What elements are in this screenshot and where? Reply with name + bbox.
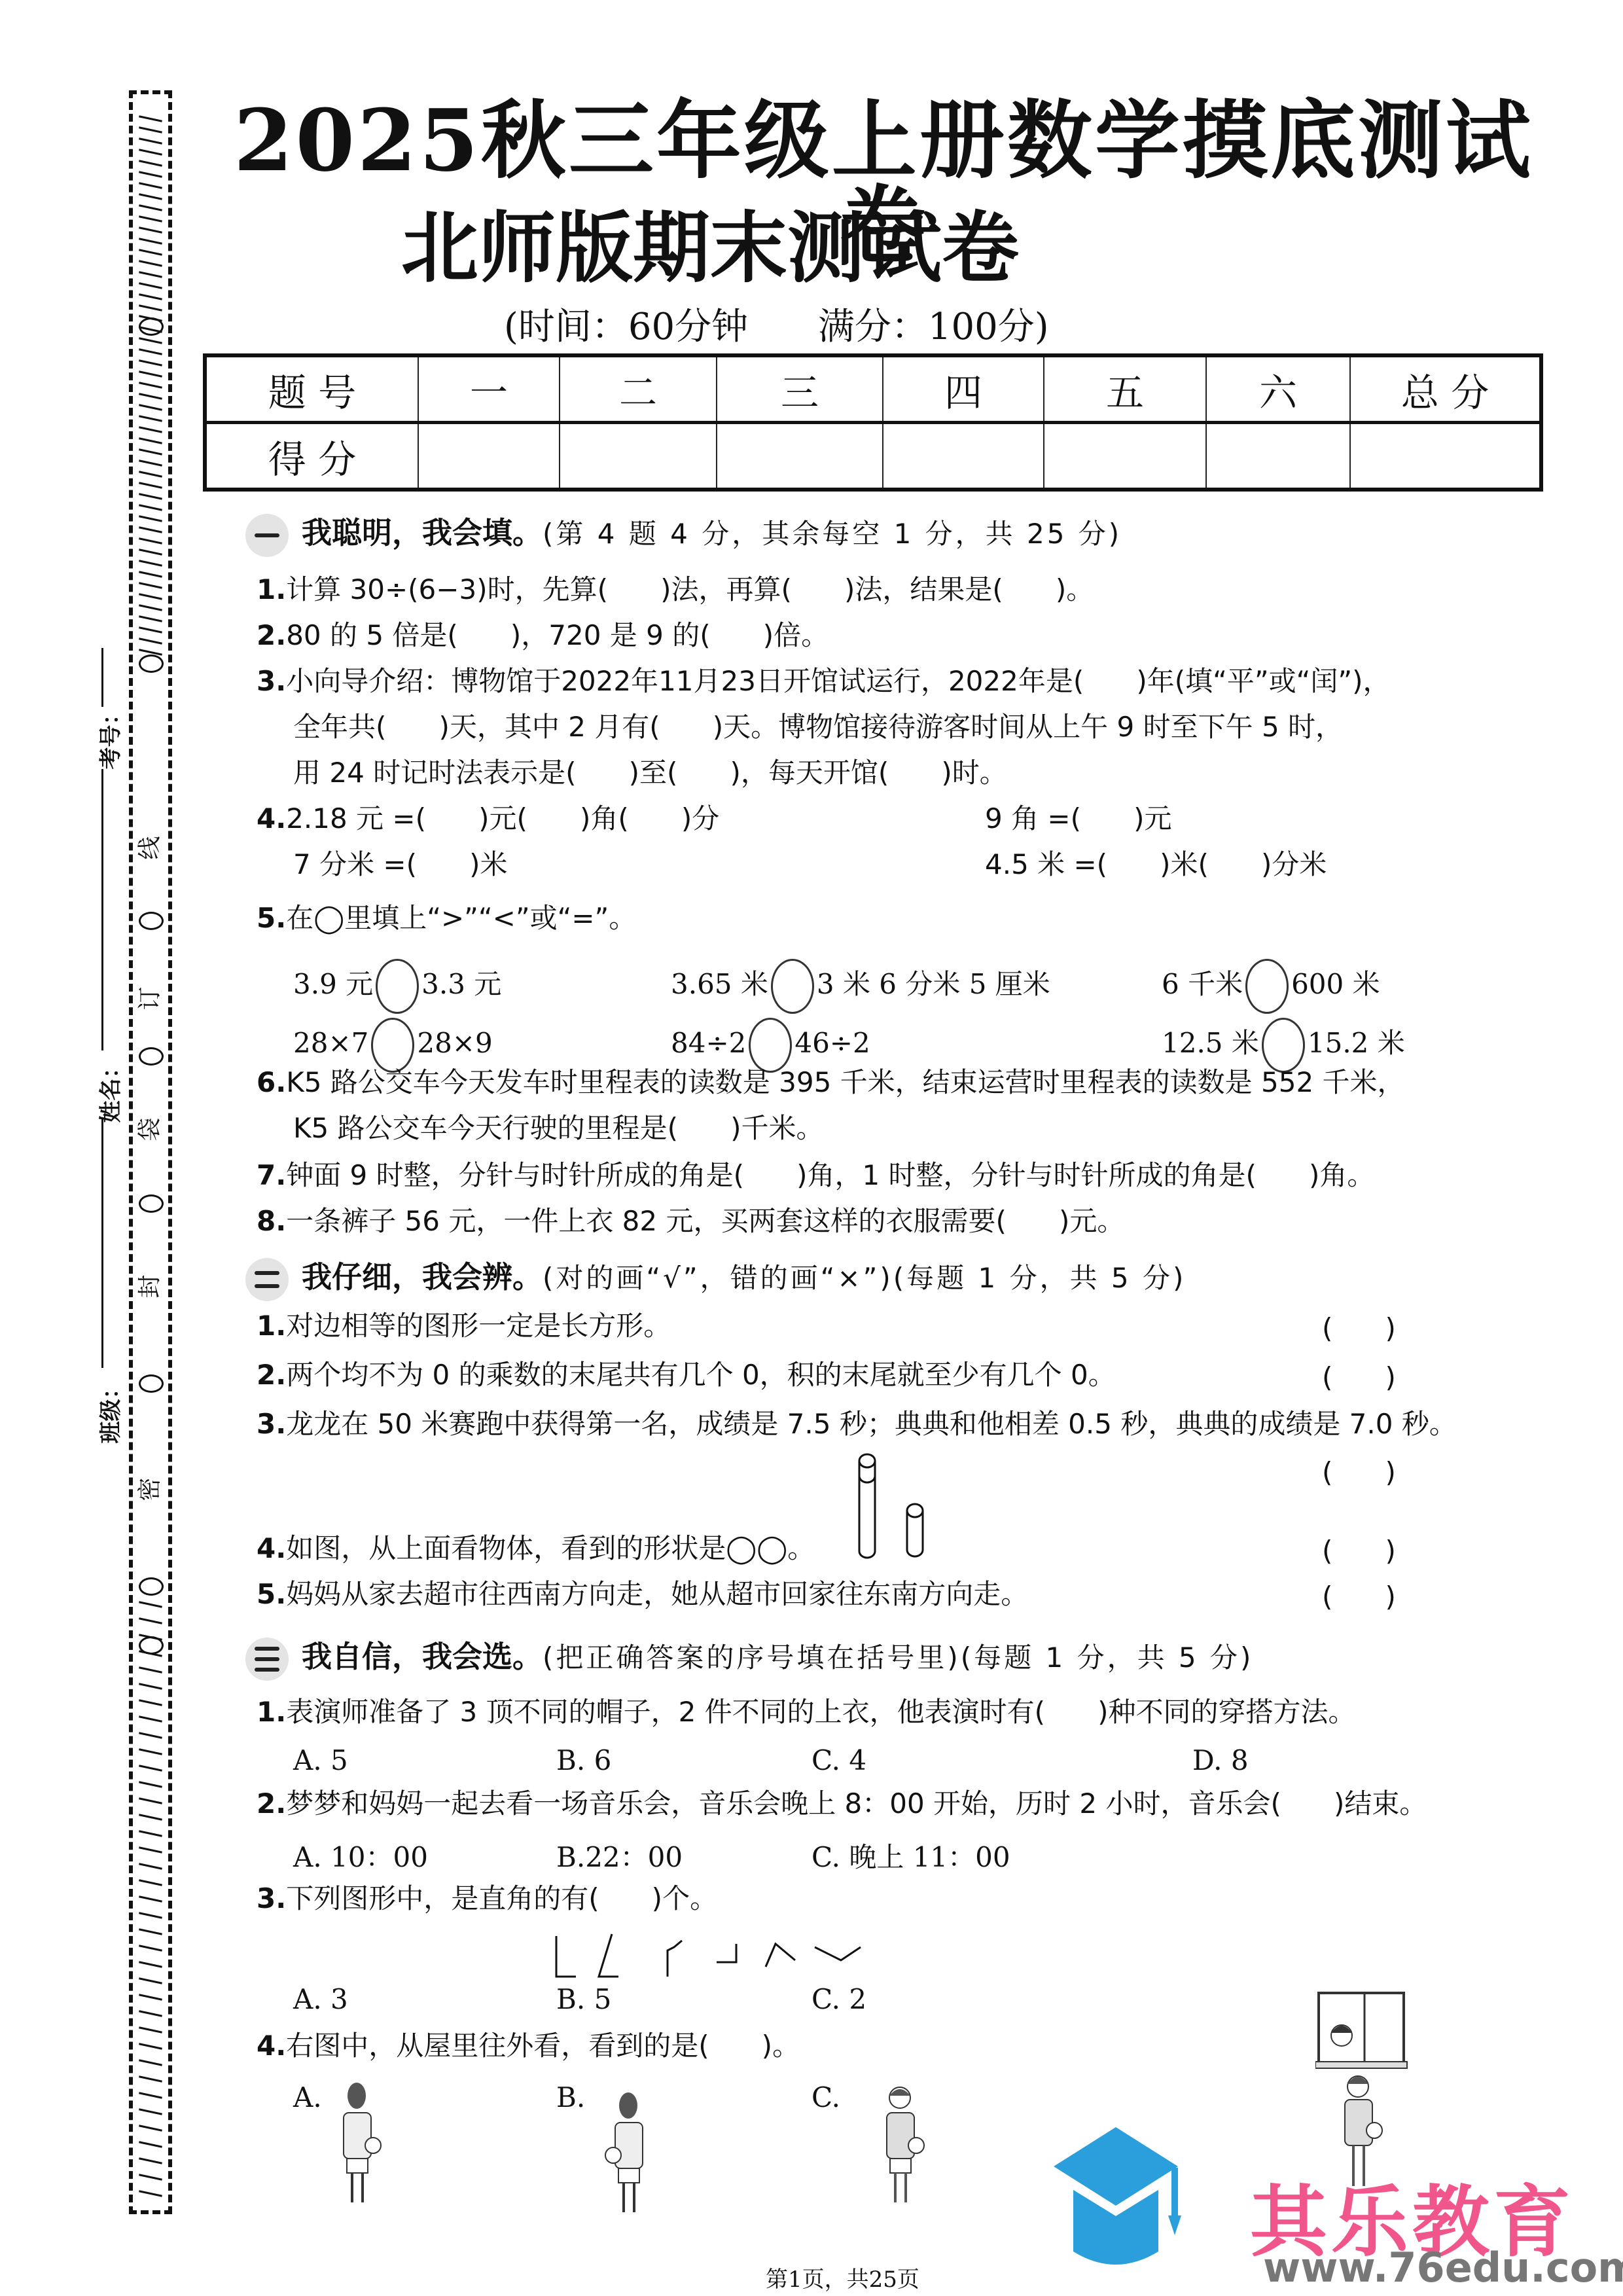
section-number-badge-icon — [245, 1638, 289, 1681]
header-cell: 总 分 — [1350, 355, 1541, 423]
section-2-header: 我仔细，我会辨。(对的画“√”，错的画“×”)(每题 1 分，共 5 分) — [245, 1253, 1186, 1301]
option-d[interactable]: D. 8 — [1192, 1744, 1249, 1776]
seal-char-dai: 袋 — [132, 1117, 165, 1141]
seal-char-ding: 订 — [132, 986, 165, 1010]
answer-paren[interactable]: ( ) — [1322, 1535, 1396, 1567]
score-cell[interactable] — [1044, 423, 1206, 490]
class-field[interactable] — [101, 1119, 103, 1368]
s1-question-8: 8.一条裤子 56 元，一件上衣 82 元，买两套这样的衣服需要( )元。 — [257, 1208, 1124, 1235]
class-label: 班级： — [93, 1377, 125, 1444]
score-cell[interactable] — [717, 423, 883, 490]
option-b[interactable]: B. 6 — [556, 1744, 611, 1776]
compare-item: 84÷246÷2 — [671, 1018, 870, 1073]
s2-question-1: 1.对边相等的图形一定是长方形。 — [257, 1312, 671, 1340]
exam-subtitle: 北师版期末测试卷 — [196, 209, 1224, 287]
answer-paren[interactable]: ( ) — [1322, 1581, 1396, 1613]
section-note: (第 4 题 4 分，其余每空 1 分，共 25 分) — [543, 518, 1122, 550]
s1-question-4: 4.2.18 元 =( )元( )角( )分 — [257, 805, 719, 833]
compare-circle-input[interactable] — [1262, 1018, 1305, 1073]
answer-paren[interactable]: ( ) — [1322, 1456, 1396, 1488]
binding-strip — [129, 90, 172, 2214]
angle-figures-icon — [308, 1931, 1158, 1983]
score-row-label: 得 分 — [205, 423, 418, 490]
header-cell: 题 号 — [205, 355, 418, 423]
s3-question-1: 1.表演师准备了 3 顶不同的帽子，2 件不同的上衣，他表演时有( )种不同的穿… — [257, 1698, 1356, 1726]
answer-paren[interactable]: ( ) — [1322, 1361, 1396, 1393]
option-c[interactable]: C. 4 — [811, 1744, 866, 1776]
seal-char-feng: 封 — [132, 1274, 165, 1298]
header-cell: 六 — [1206, 355, 1350, 423]
seal-oval — [139, 1374, 164, 1393]
s1-question-3-line2: 全年共( )天，其中 2 月有( )天。博物馆接待游客时间从上午 9 时至下午 … — [293, 713, 1343, 741]
option-a[interactable]: A. — [293, 2081, 322, 2113]
exam-number-field[interactable] — [101, 648, 103, 707]
s3-question-4: 4.右图中，从屋里往外看，看到的是( )。 — [257, 2032, 800, 2060]
compare-item: 6 千米600 米 — [1162, 959, 1380, 1014]
graduation-cap-logo-icon — [1047, 2121, 1217, 2271]
score-cell[interactable] — [883, 423, 1044, 490]
compare-circle-input[interactable] — [371, 1018, 414, 1073]
option-c[interactable]: C. 晚上 11：00 — [811, 1836, 1010, 1875]
compare-item: 3.9 元3.3 元 — [293, 959, 501, 1014]
s3-question-2: 2.梦梦和妈妈一起去看一场音乐会，音乐会晚上 8：00 开始，历时 2 小时，音… — [257, 1790, 1427, 1818]
seal-char-mi: 密 — [132, 1477, 165, 1501]
compare-circle-input[interactable] — [749, 1018, 792, 1073]
section-1-header: 我聪明，我会填。(第 4 题 4 分，其余每空 1 分，共 25 分) — [245, 509, 1122, 557]
s1-question-1: 1.计算 30÷(6−3)时，先算( )法，再算( )法，结果是( )。 — [257, 576, 1094, 603]
score-table: 题 号 一 二 三 四 五 六 总 分 得 分 — [203, 353, 1543, 492]
child-front-view-c-icon — [870, 2081, 936, 2212]
score-cell[interactable] — [560, 423, 717, 490]
section-title: 我仔细，我会辨。 — [302, 1259, 543, 1295]
option-b[interactable]: B.22：00 — [556, 1836, 683, 1875]
header-cell: 五 — [1044, 355, 1206, 423]
header-cell: 四 — [883, 355, 1044, 423]
option-a[interactable]: A. 5 — [293, 1744, 348, 1776]
section-note: (对的画“√”，错的画“×”)(每题 1 分，共 5 分) — [543, 1262, 1186, 1294]
score-cell[interactable] — [1206, 423, 1350, 490]
option-c[interactable]: C. 2 — [811, 1983, 866, 2015]
exam-number-label: 考号： — [93, 703, 125, 770]
option-a[interactable]: A. 3 — [293, 1983, 348, 2015]
compare-item: 12.5 米15.2 米 — [1162, 1018, 1405, 1073]
s1-question-3: 3.小向导介绍：博物馆于2022年11月23日开馆试运行，2022年是( )年(… — [257, 668, 1391, 695]
watermark-url: www.76edu.com — [1263, 2244, 1623, 2291]
option-b[interactable]: B. 5 — [556, 1983, 611, 2015]
seal-oval — [139, 317, 164, 336]
score-cell[interactable] — [418, 423, 560, 490]
s1-question-6-line2: K5 路公交车今天行驶的里程是( )千米。 — [293, 1115, 824, 1142]
compare-item: 3.65 米3 米 6 分米 5 厘米 — [671, 959, 1050, 1014]
section-note: (把正确答案的序号填在括号里)(每题 1 分，共 5 分) — [543, 1641, 1253, 1674]
option-a[interactable]: A. 10：00 — [293, 1836, 428, 1875]
page-number: 第1页，共25页 — [766, 2261, 919, 2293]
seal-char-xian: 线 — [132, 836, 165, 859]
seal-oval — [139, 1636, 164, 1655]
s2-question-4: 4.如图，从上面看物体，看到的形状是◯◯。 — [257, 1535, 815, 1562]
s2-question-3: 3.龙龙在 50 米赛跑中获得第一名，成绩是 7.5 秒；典典和他相差 0.5 … — [257, 1410, 1457, 1438]
header-cell: 二 — [560, 355, 717, 423]
cylinders-figure-icon — [851, 1453, 942, 1564]
s1-question-6: 6.K5 路公交车今天发车时里程表的读数是 395 千米，结束运营时里程表的读数… — [257, 1069, 1405, 1096]
score-cell[interactable] — [1350, 423, 1541, 490]
s1-question-7: 7.钟面 9 时整，分针与时针所成的角是( )角，1 时整，分针与时针所成的角是… — [257, 1162, 1374, 1189]
s1-question-5: 5.在◯里填上“>”“<”或“=”。 — [257, 905, 636, 932]
compare-item: 28×728×9 — [293, 1018, 493, 1073]
score-table-score-row: 得 分 — [205, 423, 1541, 490]
s1-question-4-line2: 7 分米 =( )米 — [293, 851, 508, 878]
seal-oval — [139, 1577, 164, 1596]
header-cell: 三 — [717, 355, 883, 423]
s2-question-5: 5.妈妈从家去超市往西南方向走，她从超市回家往东南方向走。 — [257, 1581, 1028, 1608]
seal-oval — [139, 912, 164, 930]
option-b[interactable]: B. — [556, 2081, 585, 2113]
option-c[interactable]: C. — [811, 2081, 840, 2113]
s1-question-2: 2.80 的 5 倍是( )，720 是 9 的( )倍。 — [257, 622, 829, 649]
compare-circle-input[interactable] — [771, 959, 814, 1014]
score-table-header-row: 题 号 一 二 三 四 五 六 总 分 — [205, 355, 1541, 423]
student-name-field[interactable] — [101, 769, 103, 1050]
section-3-header: 我自信，我会选。(把正确答案的序号填在括号里)(每题 1 分，共 5 分) — [245, 1633, 1253, 1681]
compare-circle-input[interactable] — [376, 959, 419, 1014]
s1-question-4-right2: 4.5 米 =( )米( )分米 — [985, 851, 1327, 878]
section-title: 我聪明，我会填。 — [302, 515, 543, 550]
s1-question-3-line3: 用 24 时记时法表示是( )至( )，每天开馆( )时。 — [293, 759, 1007, 787]
seal-oval — [139, 1194, 164, 1213]
s1-question-4-right1: 9 角 =( )元 — [985, 805, 1172, 833]
s2-question-2: 2.两个均不为 0 的乘数的末尾共有几个 0，积的末尾就至少有几个 0。 — [257, 1361, 1116, 1389]
exam-meta: (时间：60分钟 满分：100分) — [504, 298, 1049, 350]
seal-oval — [139, 1047, 164, 1066]
compare-circle-input[interactable] — [1245, 959, 1289, 1014]
child-back-view-b-icon — [599, 2091, 664, 2222]
section-title: 我自信，我会选。 — [302, 1639, 543, 1674]
header-cell: 一 — [418, 355, 560, 423]
seal-oval — [139, 655, 164, 673]
s3-question-3: 3.下列图形中，是直角的有( )个。 — [257, 1885, 717, 1912]
section-number-badge-icon — [245, 1258, 289, 1301]
student-name-label: 姓名： — [93, 1056, 125, 1123]
child-back-view-a-icon — [327, 2081, 393, 2212]
section-number-badge-icon — [245, 514, 289, 557]
answer-paren[interactable]: ( ) — [1322, 1312, 1396, 1344]
